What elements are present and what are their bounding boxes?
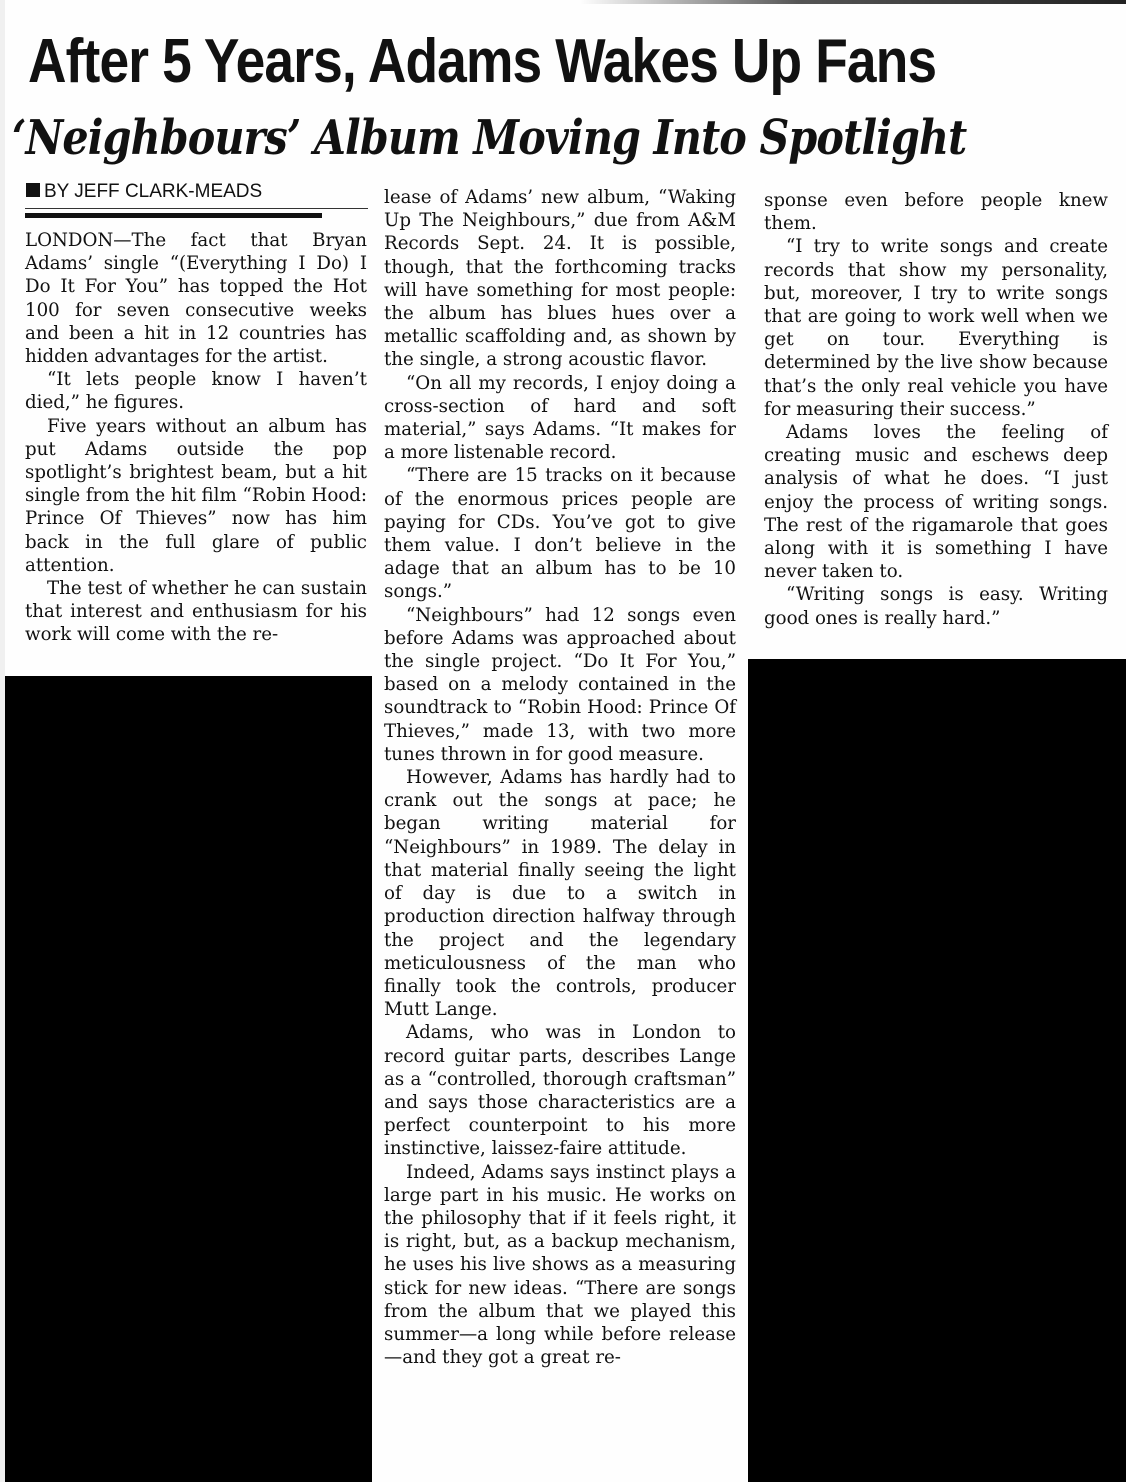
paragraph: “Neighbours” had 12 songs even before Ad… (384, 604, 736, 766)
paragraph: “Writing songs is easy. Writing good one… (764, 583, 1108, 629)
byline-rule-thick (25, 213, 322, 218)
subheadline: ‘Neighbours’ Album Moving Into Spotlight (12, 108, 958, 168)
top-border-rule (580, 0, 1126, 4)
paragraph: Adams loves the feeling of creating musi… (764, 421, 1108, 583)
paragraph: “It lets people know I haven’t died,” he… (25, 368, 367, 414)
paragraph: Indeed, Adams says instinct plays a larg… (384, 1161, 736, 1370)
headline: After 5 Years, Adams Wakes Up Fans (28, 22, 965, 102)
article-column-3: sponse even before people knew them. “I … (764, 189, 1108, 630)
paragraph: “There are 15 tracks on it because of th… (384, 464, 736, 603)
paragraph: lease of Adams’ new album, “Waking Up Th… (384, 186, 736, 372)
redacted-block-left (5, 676, 372, 1482)
byline: BY JEFF CLARK-MEADS (26, 180, 262, 204)
article-column-1: LONDON—The fact that Bryan Adams’ single… (25, 229, 367, 647)
black-square-bullet-icon (26, 183, 40, 197)
paragraph: The test of whether he can sustain that … (25, 577, 367, 647)
redacted-block-right (748, 659, 1126, 1482)
paragraph: However, Adams has hardly had to crank o… (384, 766, 736, 1021)
byline-text: BY JEFF CLARK-MEADS (44, 181, 262, 202)
byline-rule-thin (25, 208, 368, 209)
paragraph: “On all my records, I enjoy doing a cros… (384, 372, 736, 465)
article-column-2: lease of Adams’ new album, “Waking Up Th… (384, 186, 736, 1369)
paragraph: Adams, who was in London to record guita… (384, 1021, 736, 1160)
paragraph: Five years without an album has put Adam… (25, 415, 367, 577)
paragraph: sponse even before people knew them. (764, 189, 1108, 235)
paragraph: “I try to write songs and create records… (764, 235, 1108, 421)
paragraph: LONDON—The fact that Bryan Adams’ single… (25, 229, 367, 368)
